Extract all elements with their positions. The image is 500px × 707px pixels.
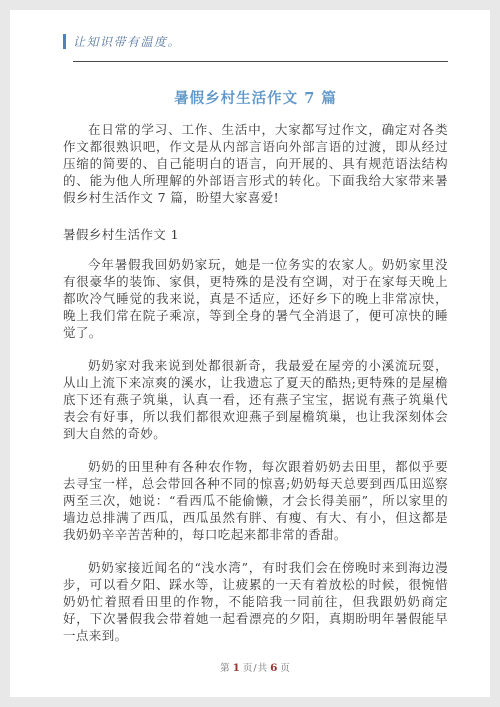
- intro-paragraph: 在日常的学习、工作、生活中，大家都写过作文，确定对各类作文都很熟识吧，作文是从内…: [63, 121, 448, 206]
- footer-label-of: 页/共: [243, 663, 268, 674]
- current-page-number: 1: [231, 662, 243, 674]
- body-paragraph: 奶奶家对我来说到处都很新奇，我最爱在屋旁的小溪流玩耍，从山上流下来凉爽的溪水，让…: [63, 357, 448, 442]
- page-footer: 第1页/共6页: [63, 660, 448, 674]
- document-page: 让知识带有温度。 暑假乡村生活作文 7 篇 在日常的学习、工作、生活中，大家都写…: [0, 0, 500, 707]
- header-divider: [73, 61, 448, 62]
- page-header: 让知识带有温度。: [63, 33, 448, 50]
- footer-label-page-end: 页: [280, 663, 291, 674]
- body-paragraph: 奶奶的田里种有各种农作物，每次跟着奶奶去田里，都似乎要去寻宝一样，总会带回各种不…: [63, 458, 448, 543]
- footer-label-page: 第: [220, 663, 231, 674]
- accent-bar: [63, 34, 66, 49]
- total-page-number: 6: [268, 662, 280, 674]
- document-title: 暑假乡村生活作文 7 篇: [63, 87, 448, 108]
- body-paragraph: 奶奶家接近闻名的“浅水湾”，有时我们会在傍晚时来到海边漫步，可以看夕阳、踩水等，…: [63, 559, 448, 644]
- section-heading: 暑假乡村生活作文 1: [63, 226, 448, 243]
- body-paragraph: 今年暑假我回奶奶家玩，她是一位务实的农家人。奶奶家里没有很豪华的装饰、家俱，更特…: [63, 256, 448, 341]
- header-slogan: 让知识带有温度。: [73, 33, 181, 50]
